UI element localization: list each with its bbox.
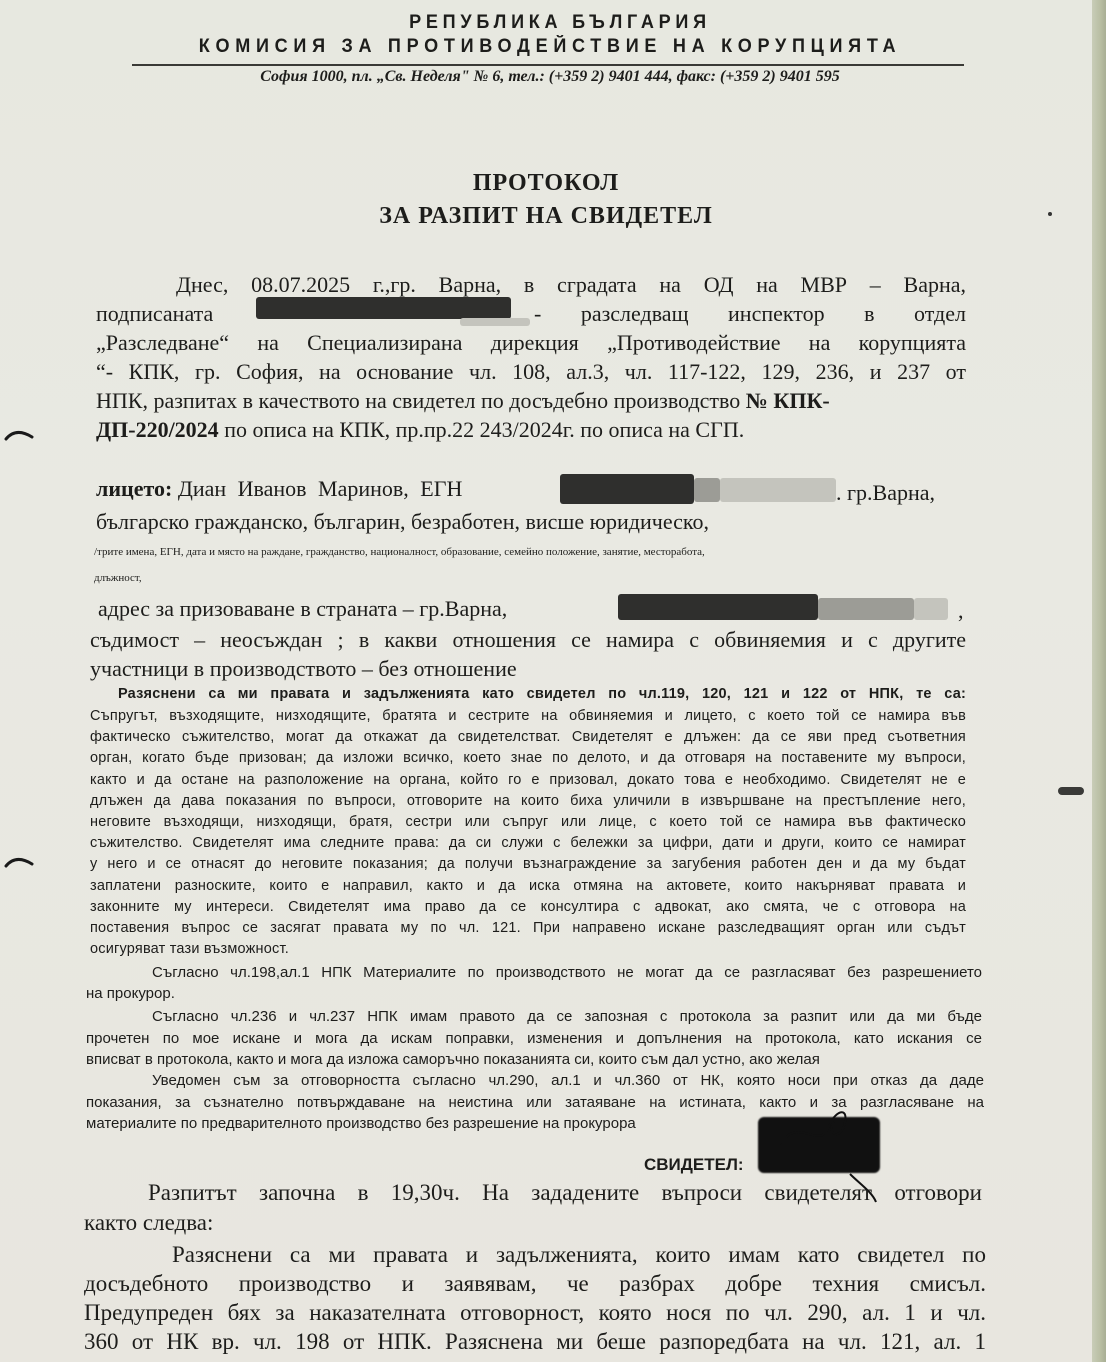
redacted-egn-blur (694, 478, 720, 502)
rights-line: неговите възходящи, низходящи, братя, се… (90, 812, 966, 833)
margin-mark-icon (2, 425, 36, 443)
rights-line: заплатени разноските, които е направил, … (90, 876, 966, 897)
letterhead-country: РЕПУБЛИКА БЪЛГАРИЯ (161, 12, 959, 34)
rights-line: осигуряват тази възможност. (90, 939, 966, 960)
document-page: РЕПУБЛИКА БЪЛГАРИЯ КОМИСИЯ ЗА ПРОТИВОДЕЙ… (0, 0, 1092, 1362)
letterhead-address: София 1000, пл. „Св. Неделя" № 6, тел.: … (130, 68, 970, 86)
paper-edge-shadow (1092, 0, 1106, 1362)
person-name: Диан Иванов Маринов, ЕГН (178, 476, 463, 501)
disclosure-line-2: на прокурор. (86, 983, 175, 1004)
rights-line: орган, когато бъде призован; да изложи в… (90, 748, 966, 769)
document-title: ПРОТОКОЛ (0, 170, 1092, 197)
interrogation-start-line-1: Разпитът започна в 19,30ч. На зададените… (148, 1178, 982, 1207)
intro-line-2: - разследващ инспектор в отдел (534, 299, 966, 328)
person-city: . гр.Варна, (836, 478, 935, 507)
liability-line-1: Уведомен съм за отговорността съгласно ч… (152, 1070, 984, 1091)
intro-line-1: Днес, 08.07.2025 г.,гр. Варна, в сградат… (176, 270, 966, 299)
interrogation-start-line-2: както следва: (84, 1208, 213, 1237)
relation: участници в производството – без отношен… (90, 654, 517, 683)
redacted-egn-blur (720, 478, 836, 502)
letterhead-commission: КОМИСИЯ ЗА ПРОТИВОДЕЙСТВИЕ НА КОРУПЦИЯТА (151, 36, 949, 58)
margin-dash-mark (1058, 787, 1084, 795)
disclosure-line-1: Съгласно чл.198,ал.1 НПК Материалите по … (152, 962, 982, 983)
intro-line-6: ДП-220/2024 по описа на КПК, пр.пр.22 24… (96, 415, 744, 444)
person-label: лицето: (96, 476, 172, 501)
redaction-blur (460, 318, 530, 326)
rights-line: поставения въпрос се засягат правата му … (90, 918, 966, 939)
margin-mark-icon (2, 852, 36, 870)
person-hint: /трите имена, ЕГН, дата и място на ражда… (94, 544, 705, 560)
rights-line: съжителство. Свидетелят има следните пра… (90, 833, 966, 854)
redacted-address-blur (818, 598, 914, 620)
paper-speck (1048, 212, 1052, 216)
person-line-1: лицето: Диан Иванов Маринов, ЕГН (96, 474, 462, 503)
letterhead-rule (132, 64, 964, 66)
review-line-3: вписват в протокола, както и мога да изл… (86, 1049, 820, 1070)
rights-line: фактическо съжителство, могат да откажат… (90, 727, 966, 748)
rights-line: както и да остане на разположение на орг… (90, 770, 966, 791)
review-line-2: прочетен по мое искане и мога да искам п… (86, 1028, 982, 1049)
rights-line: у него и се отнасят до неговите показани… (90, 854, 966, 875)
person-details: българско гражданско, българин, безработ… (96, 507, 709, 536)
liability-line-3: материалите по предварителното производс… (86, 1113, 636, 1134)
address-end: , (958, 596, 964, 625)
intro-line-5: НПК, разпитах в качеството на свидетел п… (96, 386, 966, 415)
rights-line: длъжен да дава показания по въпроси, отг… (90, 791, 966, 812)
answer-line-3: Предупреден бях за наказателната отговор… (84, 1298, 986, 1327)
summons-address-label: адрес за призоваване в страната – гр.Вар… (98, 594, 507, 623)
witness-label: СВИДЕТЕЛ: (644, 1154, 744, 1175)
intro-signed-label: подписаната (96, 299, 213, 328)
criminal-record: съдимост – неосъждан ; в какви отношения… (90, 625, 966, 654)
answer-line-1: Разяснени са ми правата и задълженията, … (172, 1240, 986, 1269)
rights-line: законните му интереси. Свидетелят има пр… (90, 897, 966, 918)
rights-text: Съпругът, възходящите, низходящите, брат… (90, 706, 966, 960)
answer-line-2: досъдебното производство и заявявам, че … (84, 1269, 986, 1298)
intro-line-4: “- КПК, гр. София, на основание чл. 108,… (96, 357, 966, 386)
redacted-egn (560, 474, 694, 504)
rights-line: Съпругът, възходящите, низходящите, брат… (90, 706, 966, 727)
intro-line-3: „Разследване“ на Специализирана дирекция… (96, 328, 966, 357)
review-line-1: Съгласно чл.236 и чл.237 НПК имам правот… (152, 1006, 982, 1027)
redacted-address (618, 594, 818, 620)
case-number-part-2: ДП-220/2024 (96, 417, 219, 442)
document-subtitle: ЗА РАЗПИТ НА СВИДЕТЕЛ (0, 203, 1092, 230)
rights-heading: Разяснени са ми правата и задълженията к… (118, 684, 966, 705)
redacted-address-blur (914, 598, 948, 620)
redacted-inspector-name (256, 297, 511, 319)
case-number-part-1: № КПК- (746, 388, 830, 413)
answer-line-4: 360 от НК вр. чл. 198 от НПК. Разяснена … (84, 1327, 986, 1356)
person-hint-2: длъжност, (94, 570, 142, 586)
